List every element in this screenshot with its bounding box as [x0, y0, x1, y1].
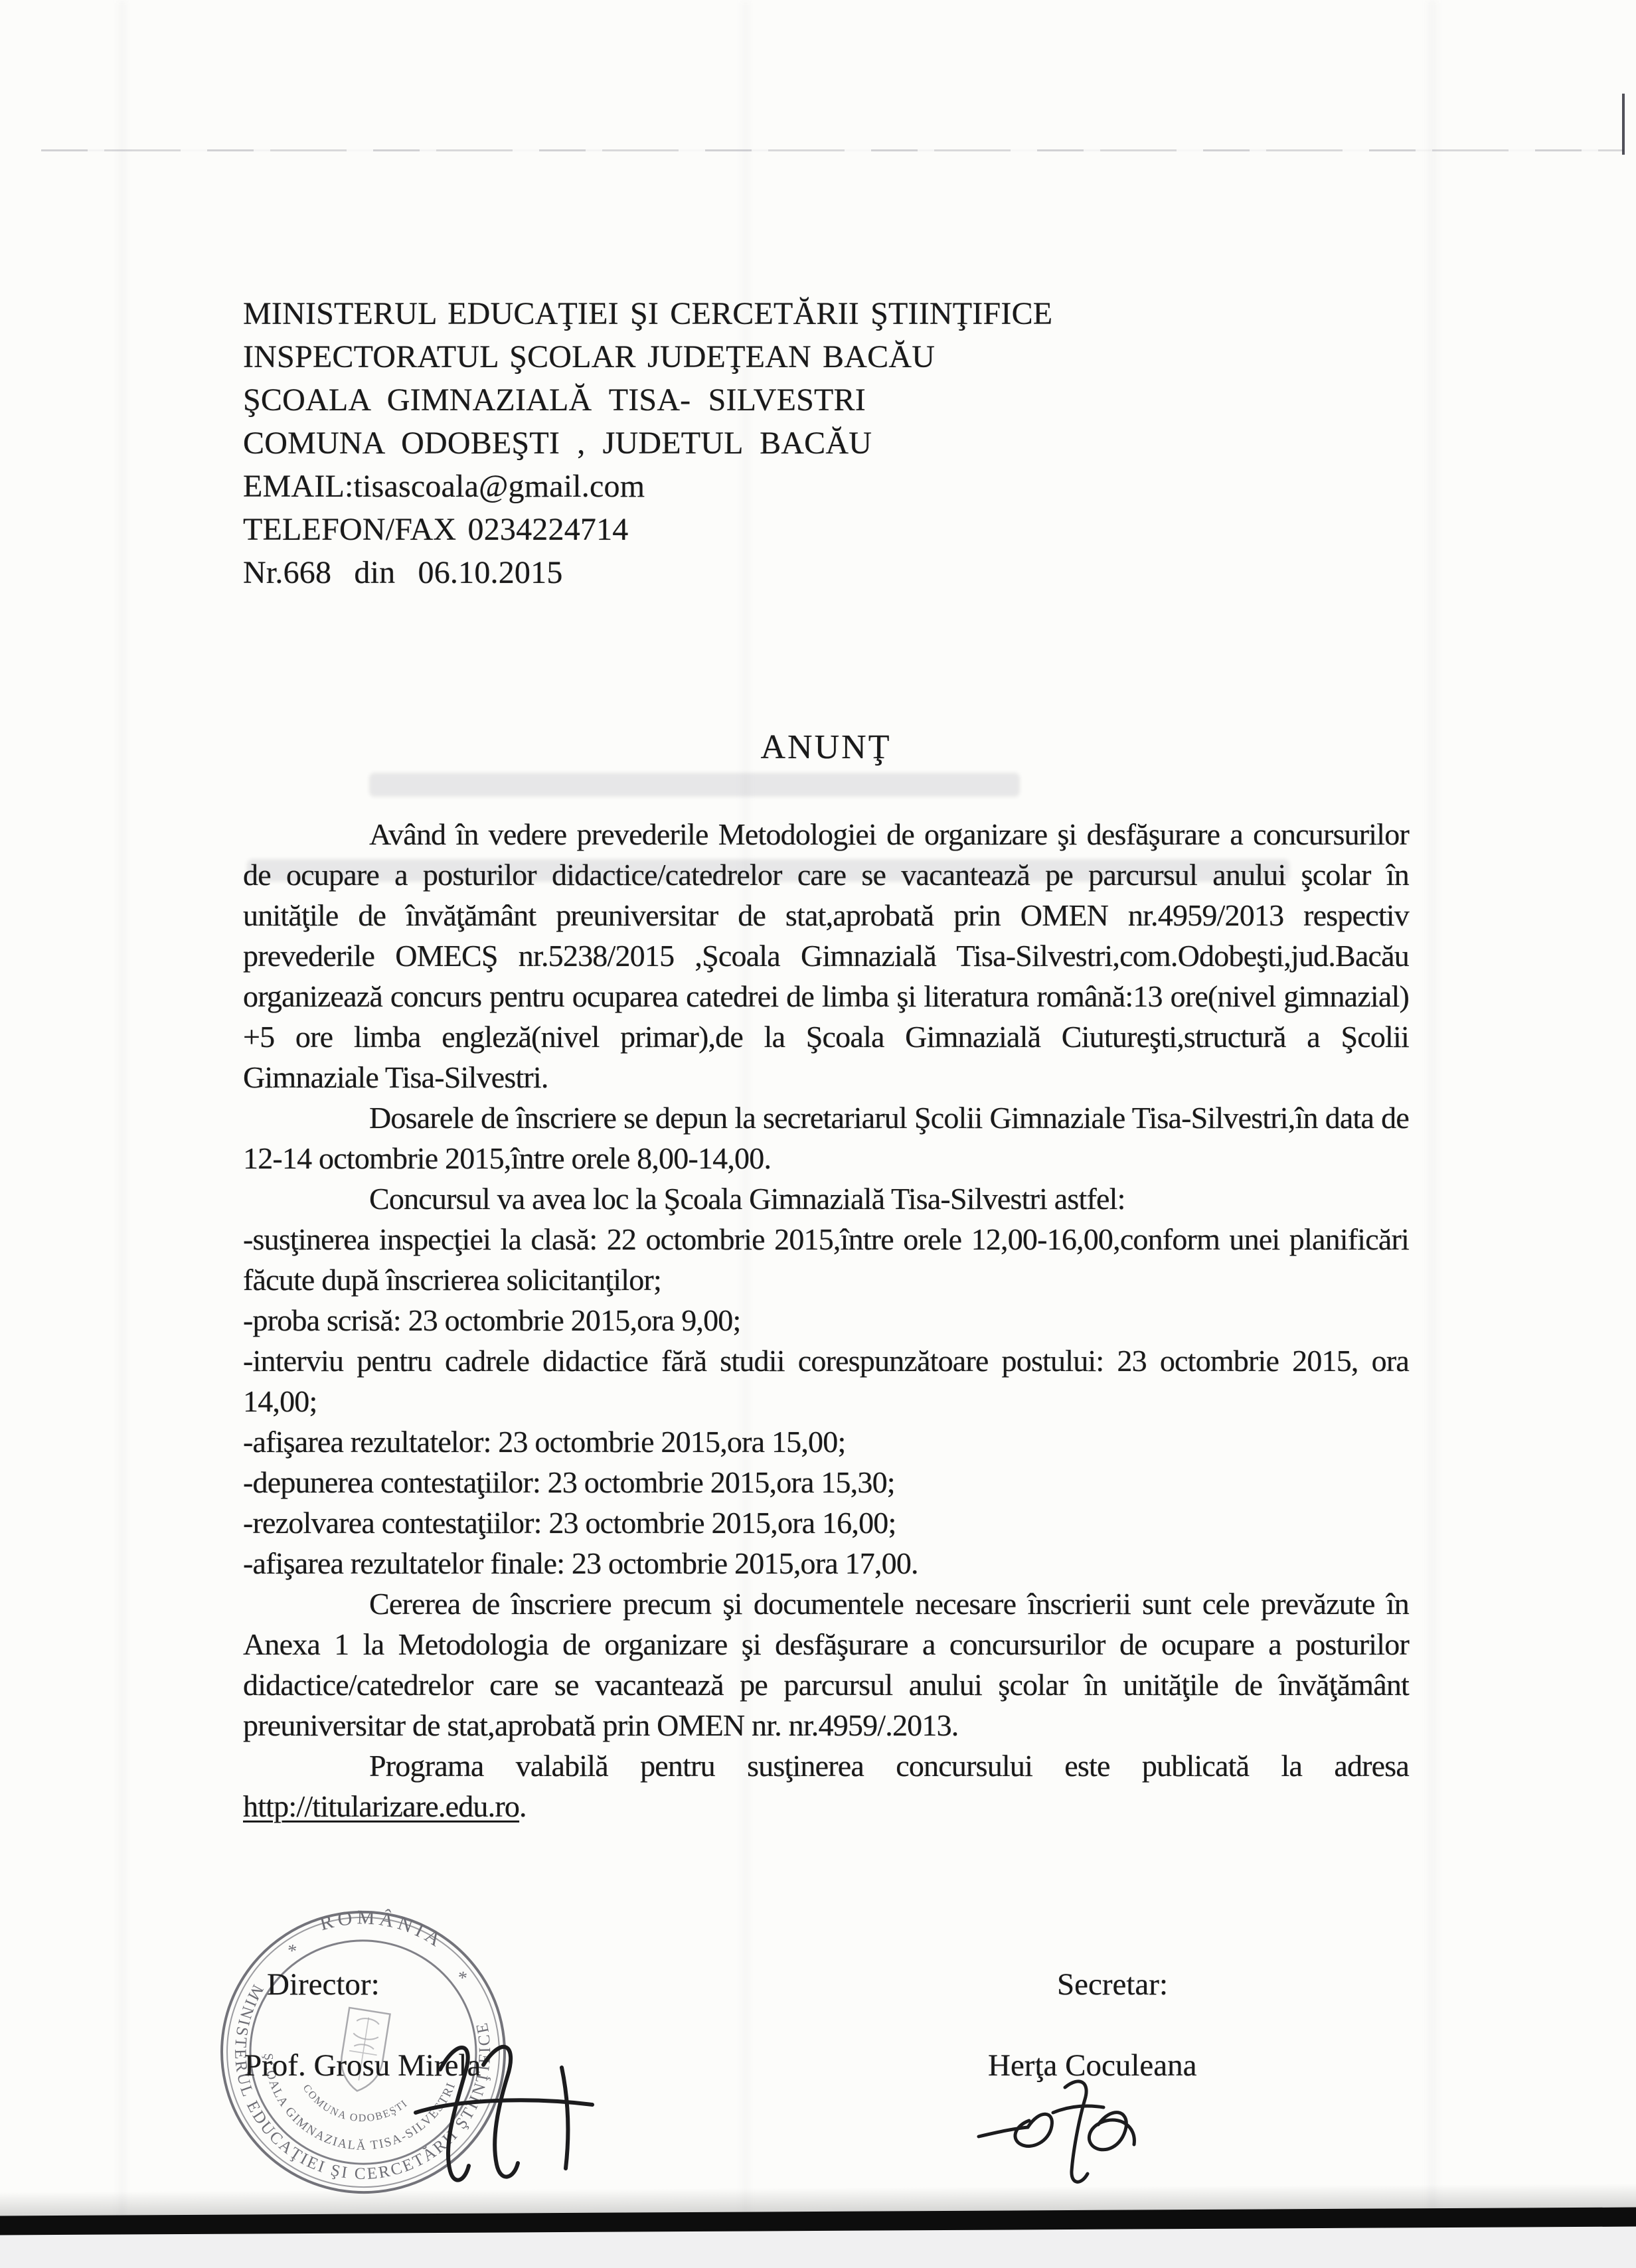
program-link-suffix: . — [519, 1789, 527, 1823]
titularizare-url: http://titularizare.edu.ro — [243, 1789, 519, 1823]
schedule-item-written-test: -proba scrisă: 23 octombrie 2015,ora 9,0… — [243, 1300, 1409, 1340]
scan-artifact-top-line — [41, 149, 1624, 151]
phone-fax-line: TELEFON/FAX 0234224714 — [243, 508, 1438, 551]
stamp-star-left: * — [286, 1940, 298, 1962]
schedule-item-class-inspection: -susţinerea inspecţiei la clasă: 22 octo… — [243, 1219, 1409, 1300]
paragraph-dossier-submission: Dosarele de înscriere se depun la secret… — [243, 1097, 1409, 1178]
paragraph-contest-location: Concursul va avea loc la Şcoala Gimnazia… — [243, 1178, 1409, 1219]
commune-line: COMUNA ODOBEŞTI , JUDETUL BACĂU — [243, 422, 1438, 465]
ministry-line: MINISTERUL EDUCAŢIEI ŞI CERCETĂRII ŞTIIN… — [243, 292, 1438, 335]
director-label: Director: — [267, 1967, 380, 2002]
schedule-item-final-results: -afişarea rezultatelor finale: 23 octomb… — [243, 1543, 1409, 1583]
ink-bleed-ghost — [369, 773, 1020, 797]
paragraph-opening: Având în vedere prevederile Metodologiei… — [243, 814, 1409, 1097]
secretary-label: Secretar: — [1057, 1967, 1168, 2002]
schedule-item-results: -afişarea rezultatelor: 23 octombrie 201… — [243, 1421, 1409, 1462]
document-title: ANUNŢ — [243, 728, 1409, 767]
letterhead: MINISTERUL EDUCAŢIEI ŞI CERCETĂRII ŞTIIN… — [243, 292, 1438, 594]
document-body: Având în vedere prevederile Metodologiei… — [243, 814, 1409, 1826]
director-signature — [404, 2033, 603, 2199]
scan-streak — [118, 0, 126, 2268]
scanned-document-page: MINISTERUL EDUCAŢIEI ŞI CERCETĂRII ŞTIIN… — [0, 0, 1636, 2268]
schedule-item-appeals-resolution: -rezolvarea contestaţiilor: 23 octombrie… — [243, 1502, 1409, 1543]
schedule-item-appeals-submission: -depunerea contestaţiilor: 23 octombrie … — [243, 1462, 1409, 1502]
paragraph-program-link: Programa valabilă pentru susţinerea conc… — [243, 1745, 1409, 1826]
stamp-star-right: * — [456, 1967, 469, 1989]
inspectorate-line: INSPECTORATUL ŞCOLAR JUDEŢEAN BACĂU — [243, 335, 1438, 378]
email-line: EMAIL:tisascoala@gmail.com — [243, 465, 1438, 508]
school-line: ŞCOALA GIMNAZIALĂ TISA- SILVESTRI — [243, 378, 1438, 422]
program-link-lead: Programa valabilă pentru susţinerea conc… — [369, 1749, 1409, 1783]
paragraph-application-documents: Cererea de înscriere precum şi documente… — [243, 1583, 1409, 1745]
scan-artifact-right-tick — [1622, 94, 1625, 155]
secretary-signature — [975, 2070, 1167, 2190]
registration-number-line: Nr.668 din 06.10.2015 — [243, 551, 1438, 594]
stamp-country-text: ROMÂNIA — [314, 1898, 451, 1954]
schedule-item-interview: -interviu pentru cadrele didactice fără … — [243, 1340, 1409, 1421]
